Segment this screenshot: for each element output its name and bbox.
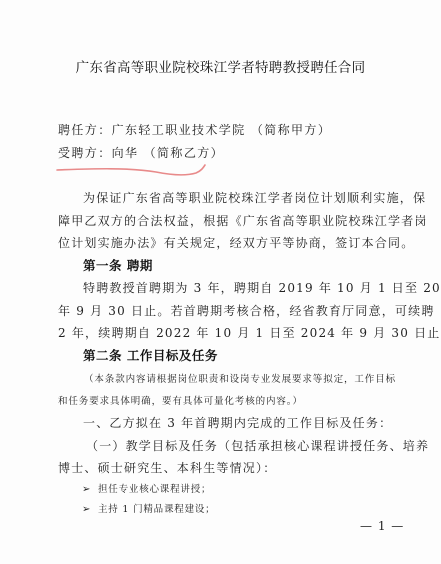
- bullet-text: 主持 1 门精品课程建设；: [98, 504, 215, 515]
- article-2-note-1: （本条款内容请根据岗位职责和设岗专业发展要求等拟定，工作目标: [84, 371, 396, 385]
- section-1-heading: 一、乙方拟在 3 年首聘期内完成的工作目标及任务：: [83, 414, 392, 431]
- article-1-line-2: 年 9 月 30 日止。若首聘期考核合格，经省教育厅同意，可续聘: [58, 302, 398, 319]
- article-2-note-2: 和任务要求具体明确，要有具体可量化考核的内容。）: [58, 393, 303, 407]
- subsection-1-line-1: （一）教学目标及任务（包括承担核心课程讲授任务、培养: [86, 437, 429, 454]
- page-number: — 1 —: [360, 519, 404, 533]
- arrow-right-icon: ➢: [82, 504, 98, 515]
- article-1-line-1: 特聘教授首聘期为 3 年，聘期自 2019 年 10 月 1 日至 2022: [83, 279, 441, 296]
- employer-party: 聘任方：广东轻工职业技术学院 （简称甲方）: [58, 121, 331, 138]
- employee-party: 受聘方：向华 （简称乙方）: [58, 144, 224, 161]
- bullet-text: 担任专业核心课程讲授；: [98, 484, 211, 495]
- arrow-right-icon: ➢: [82, 484, 98, 495]
- intro-line-1: 为保证广东省高等职业院校珠江学者岗位计划顺利实施，保: [83, 189, 426, 206]
- article-2-heading: 第二条 工作目标及任务: [83, 346, 218, 364]
- red-underline-annotation: [56, 164, 206, 180]
- intro-line-2: 障甲乙双方的合法权益，根据《广东省高等职业院校珠江学者岗: [58, 212, 398, 229]
- article-1-heading: 第一条 聘期: [83, 256, 153, 274]
- bullet-item-1: ➢担任专业核心课程讲授；: [82, 481, 211, 495]
- article-1-line-3: 2 年，续聘期自 2022 年 10 月 1 日至 2024 年 9 月 30 …: [58, 324, 398, 341]
- intro-line-3: 位计划实施办法》有关规定，经双方平等协商，签订本合同。: [58, 234, 398, 251]
- subsection-1-line-2: 博士、硕士研究生、本科生等情况）：: [58, 459, 398, 476]
- document-title: 广东省高等职业院校珠江学者特聘教授聘任合同: [0, 56, 441, 76]
- bullet-item-2: ➢主持 1 门精品课程建设；: [82, 501, 215, 515]
- document-page: 广东省高等职业院校珠江学者特聘教授聘任合同 聘任方：广东轻工职业技术学院 （简称…: [0, 0, 441, 564]
